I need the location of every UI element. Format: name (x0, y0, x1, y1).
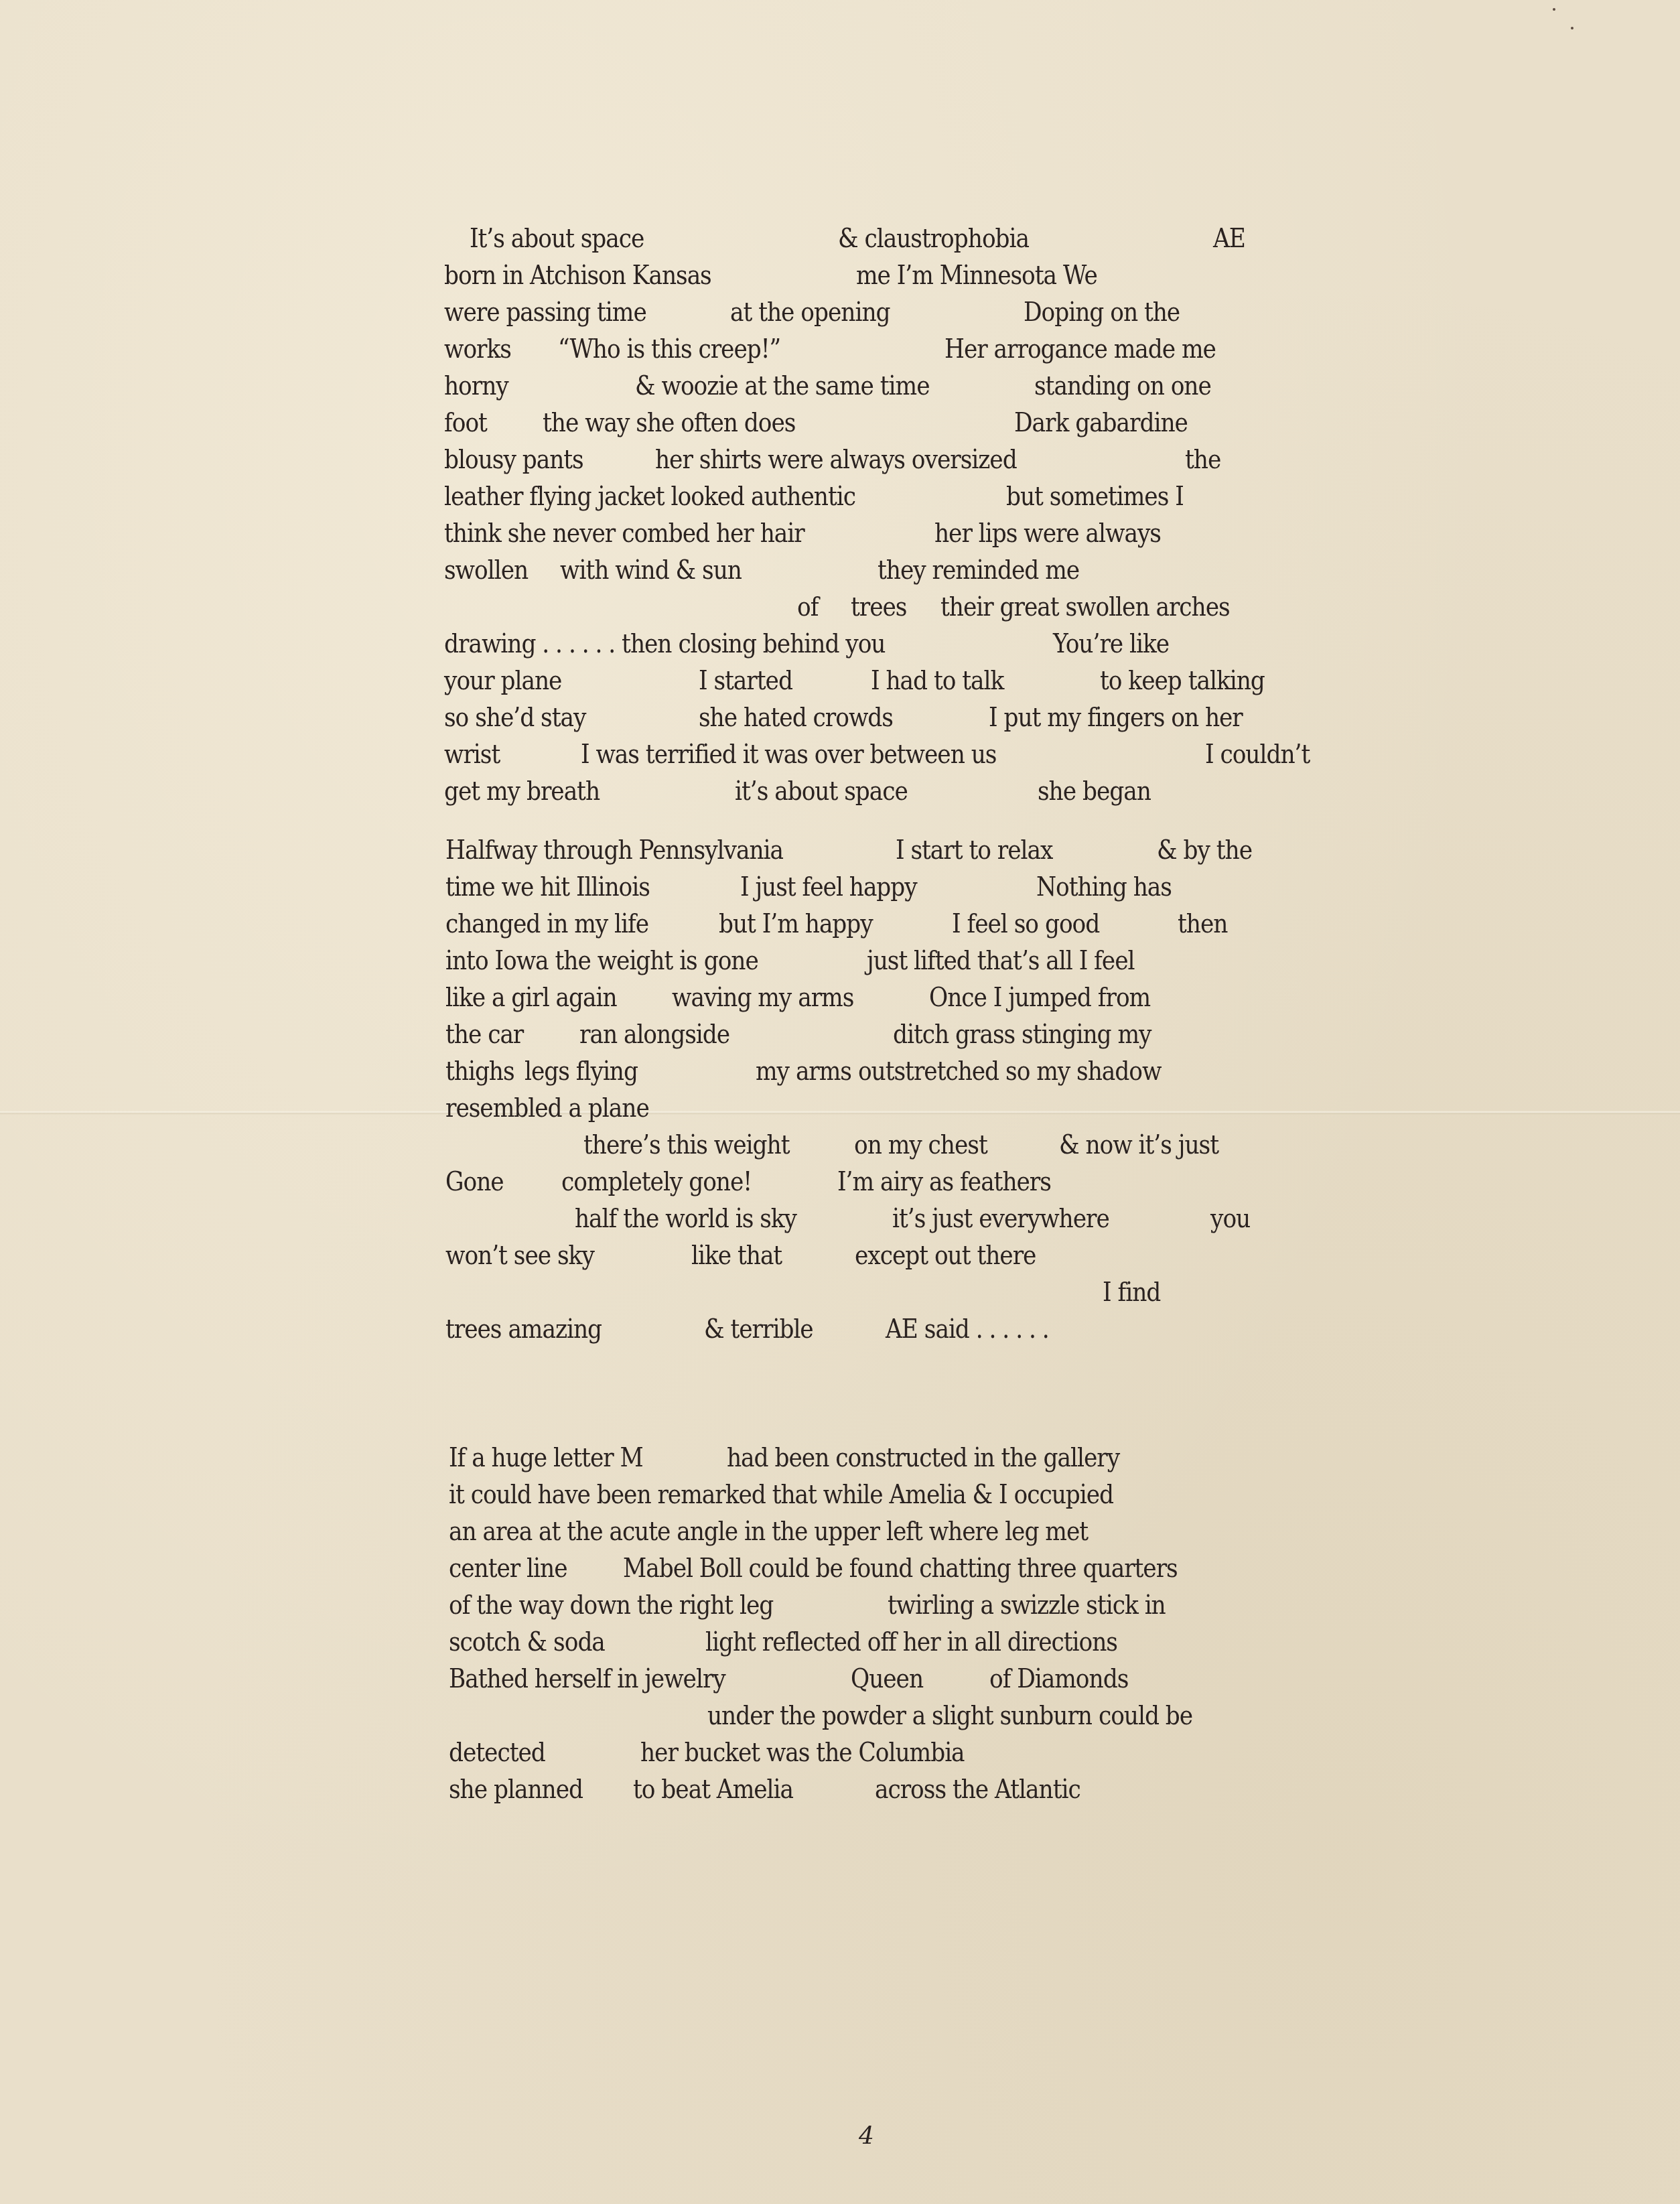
poem-line-segment: Halfway through Pennsylvania (445, 837, 783, 864)
poem-line-segment: half the world is sky (575, 1205, 796, 1232)
poem-line-segment: you (1210, 1205, 1250, 1232)
poem-line-segment: detected (449, 1739, 545, 1766)
poem-line-segment: so she’d stay (444, 704, 585, 731)
poem-line-segment: thighs (445, 1058, 514, 1085)
poem-line-segment: standing on one (1034, 372, 1211, 399)
poem-line-segment: just lifted that’s all I feel (867, 947, 1134, 974)
poem-line-segment: swollen (444, 557, 528, 583)
poem-line-segment: I started (699, 667, 792, 694)
poem-line-segment: AE (1213, 225, 1245, 252)
poem-line-segment: their great swollen arches (940, 594, 1230, 620)
poem-line-segment: across the Atlantic (875, 1776, 1080, 1803)
paper-speck (1553, 8, 1555, 11)
poem-line-segment: changed in my life (445, 910, 648, 937)
poem-line-segment: into Iowa the weight is gone (445, 947, 758, 974)
poem-line-segment: were passing time (444, 299, 646, 326)
poem-line-segment: wrist (444, 741, 500, 768)
poem-line-segment: foot (444, 409, 487, 436)
poem-line-segment: but I’m happy (719, 910, 873, 937)
poem-line-segment: with wind & sun (560, 557, 742, 583)
poem-line-segment: had been constructed in the gallery (727, 1444, 1119, 1471)
poem-line-segment: & now it’s just (1059, 1131, 1218, 1158)
poem-line-segment: You’re like (1053, 630, 1169, 657)
paper-speck (1571, 27, 1573, 29)
poem-line-segment: an area at the acute angle in the upper … (449, 1518, 1088, 1545)
poem-line-segment: & woozie at the same time (635, 372, 929, 399)
poem-line-segment: I’m airy as feathers (837, 1168, 1051, 1195)
poem-line-segment: like that (691, 1242, 782, 1269)
poem-line-segment: on my chest (854, 1131, 987, 1158)
poem-line-segment: her bucket was the Columbia (640, 1739, 965, 1766)
poem-line-segment: Doping on the (1024, 299, 1180, 326)
poem-line-segment: to keep talking (1100, 667, 1265, 694)
page-number: 4 (859, 2122, 874, 2150)
poem-line-segment: Dark gabardine (1014, 409, 1188, 436)
poem-line-segment: I was terrified it was over between us (581, 741, 996, 768)
poem-line-segment: under the powder a slight sunburn could … (707, 1702, 1192, 1729)
poem-line-segment: I start to relax (896, 837, 1052, 864)
poem-line-segment: light reflected off her in all direction… (705, 1629, 1117, 1655)
poem-line-segment: of the way down the right leg (449, 1592, 773, 1618)
poem-line-segment: to beat Amelia (633, 1776, 793, 1803)
poem-line-segment: Gone (445, 1168, 504, 1195)
poem-line-segment: she hated crowds (699, 704, 893, 731)
poem-line-segment: I just feel happy (740, 874, 917, 900)
poem-line-segment: Nothing has (1036, 874, 1172, 900)
poem-line-segment: she planned (449, 1776, 583, 1803)
poem-line-segment: they reminded me (878, 557, 1079, 583)
poem-line-segment: your plane (444, 667, 561, 694)
poem-line-segment: I find (1103, 1279, 1160, 1306)
poem-line-segment: me I’m Minnesota We (856, 262, 1097, 289)
poem-line-segment: of Diamonds (989, 1665, 1128, 1692)
poem-line-segment: twirling a swizzle stick in (888, 1592, 1166, 1618)
poem-line-segment: I feel so good (952, 910, 1099, 937)
poem-line-segment: drawing . . . . . . then closing behind … (444, 630, 885, 657)
poem-line-segment: trees (851, 594, 906, 620)
poem-line-segment: ran alongside (579, 1021, 729, 1048)
poem-line-segment: she began (1038, 778, 1151, 805)
poem-line-segment: resembled a plane (445, 1095, 649, 1121)
poem-line-segment: at the opening (730, 299, 890, 326)
poem-line-segment: leather flying jacket looked authentic (444, 483, 855, 510)
poem-line-segment: her shirts were always oversized (655, 446, 1017, 473)
poem-line-segment: think she never combed her hair (444, 520, 804, 547)
poem-line-segment: legs flying (524, 1058, 638, 1085)
poem-line-segment: born in Atchison Kansas (444, 262, 711, 289)
poem-line-segment: but sometimes I (1006, 483, 1184, 510)
poem-line-segment: it’s about space (735, 778, 908, 805)
poem-line-segment: like a girl again (445, 984, 617, 1011)
paper-fold-crease (0, 1111, 1680, 1115)
poem-line-segment: “Who is this creep!” (558, 336, 780, 362)
poem-line-segment: works (444, 336, 511, 362)
poem-line-segment: of (797, 594, 818, 620)
poem-line-segment: waving my arms (672, 984, 853, 1011)
poem-line-segment: the way she often does (543, 409, 795, 436)
poem-line-segment: completely gone! (561, 1168, 752, 1195)
poem-line-segment: won’t see sky (445, 1242, 594, 1269)
poem-line-segment: I put my fingers on her (989, 704, 1243, 731)
poem-line-segment: Bathed herself in jewelry (449, 1665, 725, 1692)
poem-line-segment: time we hit Illinois (445, 874, 650, 900)
poem-line-segment: the (1185, 446, 1220, 473)
poem-line-segment: except out there (855, 1242, 1036, 1269)
poem-line-segment: blousy pants (444, 446, 583, 473)
poem-line-segment: the car (445, 1021, 523, 1048)
poem-line-segment: Her arrogance made me (944, 336, 1216, 362)
poem-line-segment: then (1178, 910, 1227, 937)
poem-line-segment: Once I jumped from (929, 984, 1150, 1011)
poem-line-segment: it could have been remarked that while A… (449, 1481, 1113, 1508)
poem-line-segment: Mabel Boll could be found chatting three… (623, 1555, 1178, 1582)
poem-line-segment: If a huge letter M (449, 1444, 643, 1471)
poem-line-segment: & terrible (704, 1316, 813, 1342)
poem-line-segment: scotch & soda (449, 1629, 605, 1655)
poem-line-segment: get my breath (444, 778, 600, 805)
poem-line-segment: my arms outstretched so my shadow (756, 1058, 1161, 1085)
poem-line-segment: & claustrophobia (838, 225, 1029, 252)
poem-line-segment: there’s this weight (583, 1131, 789, 1158)
poem-line-segment: center line (449, 1555, 567, 1582)
poem-line-segment: it’s just everywhere (892, 1205, 1109, 1232)
poem-line-segment: ditch grass stinging my (893, 1021, 1151, 1048)
poem-line-segment: I couldn’t (1205, 741, 1310, 768)
poem-line-segment: & by the (1157, 837, 1252, 864)
poem-line-segment: I had to talk (871, 667, 1003, 694)
poem-line-segment: her lips were always (934, 520, 1161, 547)
poem-line-segment: Queen (851, 1665, 923, 1692)
poem-line-segment: It’s about space (470, 225, 644, 252)
poem-line-segment: AE said . . . . . . (886, 1316, 1049, 1342)
poem-line-segment: trees amazing (445, 1316, 602, 1342)
poem-line-segment: horny (444, 372, 508, 399)
